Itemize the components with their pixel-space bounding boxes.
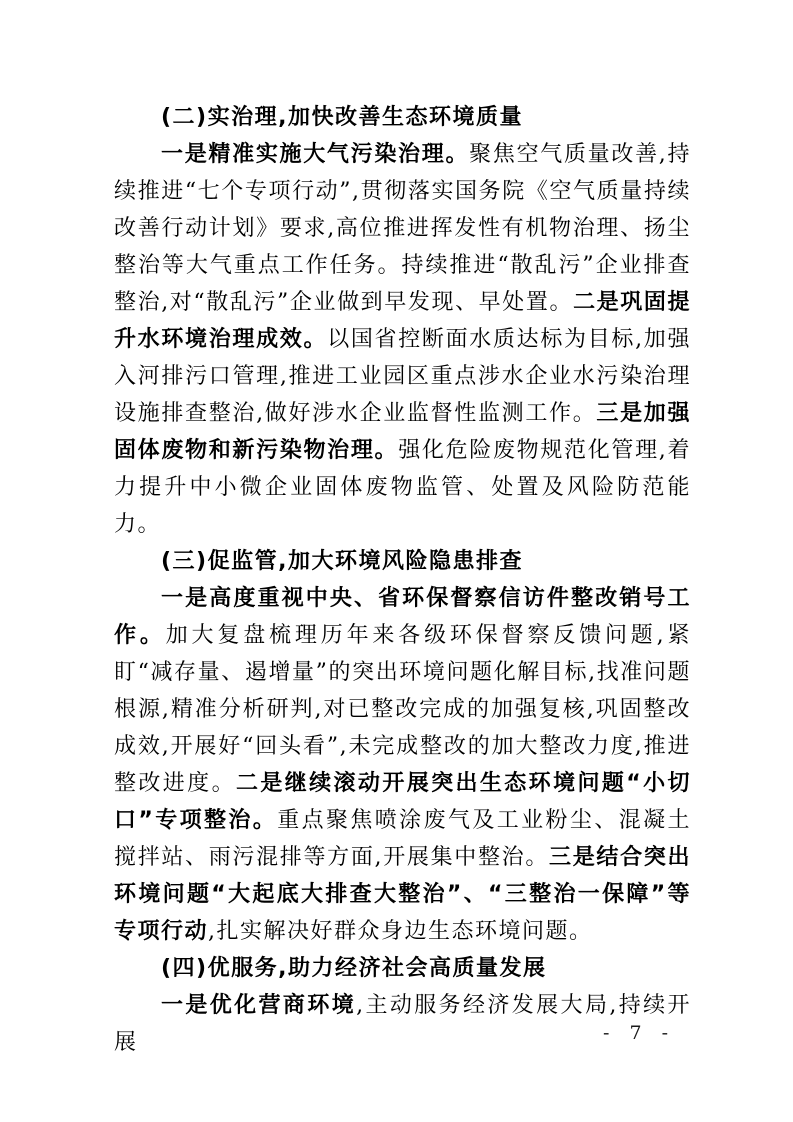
- page-number: - 7 -: [603, 1022, 675, 1044]
- paragraph-air-water-solidwaste: 一是精准实施大气污染治理。聚焦空气质量改善,持续推进“七个专项行动”,贯彻落实国…: [114, 136, 691, 543]
- section-heading-2: (二)实治理,加快改善生态环境质量: [114, 99, 691, 136]
- section-heading-3: (三)促监管,加大环境风险隐患排查: [114, 543, 691, 580]
- document-page: (二)实治理,加快改善生态环境质量 一是精准实施大气污染治理。聚焦空气质量改善,…: [0, 0, 793, 1122]
- bold-lead-air: 一是精准实施大气污染治理。: [161, 142, 469, 167]
- text-run-campaigns: ,扎实解决好群众身边生态环境问题。: [208, 919, 593, 944]
- section-heading-4: (四)优服务,助力经济社会高质量发展: [114, 950, 691, 987]
- document-content: (二)实治理,加快改善生态环境质量 一是精准实施大气污染治理。聚焦空气质量改善,…: [114, 99, 691, 1061]
- bold-lead-business: 一是优化营商环境: [161, 993, 356, 1018]
- paragraph-supervision: 一是高度重视中央、省环保督察信访件整改销号工作。加大复盘梳理历年来各级环保督察反…: [114, 580, 691, 950]
- page-footer: - 7 -: [603, 1022, 675, 1044]
